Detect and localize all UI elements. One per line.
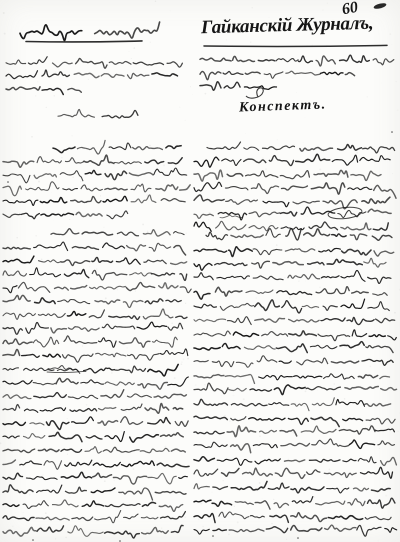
left-section-heading — [58, 110, 138, 118]
russian-title-underline — [204, 45, 387, 46]
insertion-underline — [47, 371, 86, 372]
armenian-journal-heading — [20, 22, 160, 40]
right-body-paragraph-1 — [194, 142, 396, 231]
right-body-paragraph-2 — [194, 229, 397, 537]
ink-blot — [373, 2, 387, 10]
armenian-heading-underline — [26, 41, 142, 42]
journal-title: Гайканскій Журналъ, — [201, 13, 374, 40]
right-intro-lines — [200, 55, 394, 90]
ink-specks — [7, 131, 393, 542]
left-body-paragraph-2 — [3, 229, 191, 538]
konspekt-heading: Конспектъ. — [239, 97, 327, 116]
manuscript-page: 60 Гайканскій Журналъ, Конспектъ. — [0, 0, 400, 542]
left-intro-lines — [6, 57, 182, 95]
handwriting-canvas — [0, 0, 400, 542]
konspekt-flourish — [246, 88, 263, 98]
left-body-paragraph-1 — [3, 140, 190, 218]
